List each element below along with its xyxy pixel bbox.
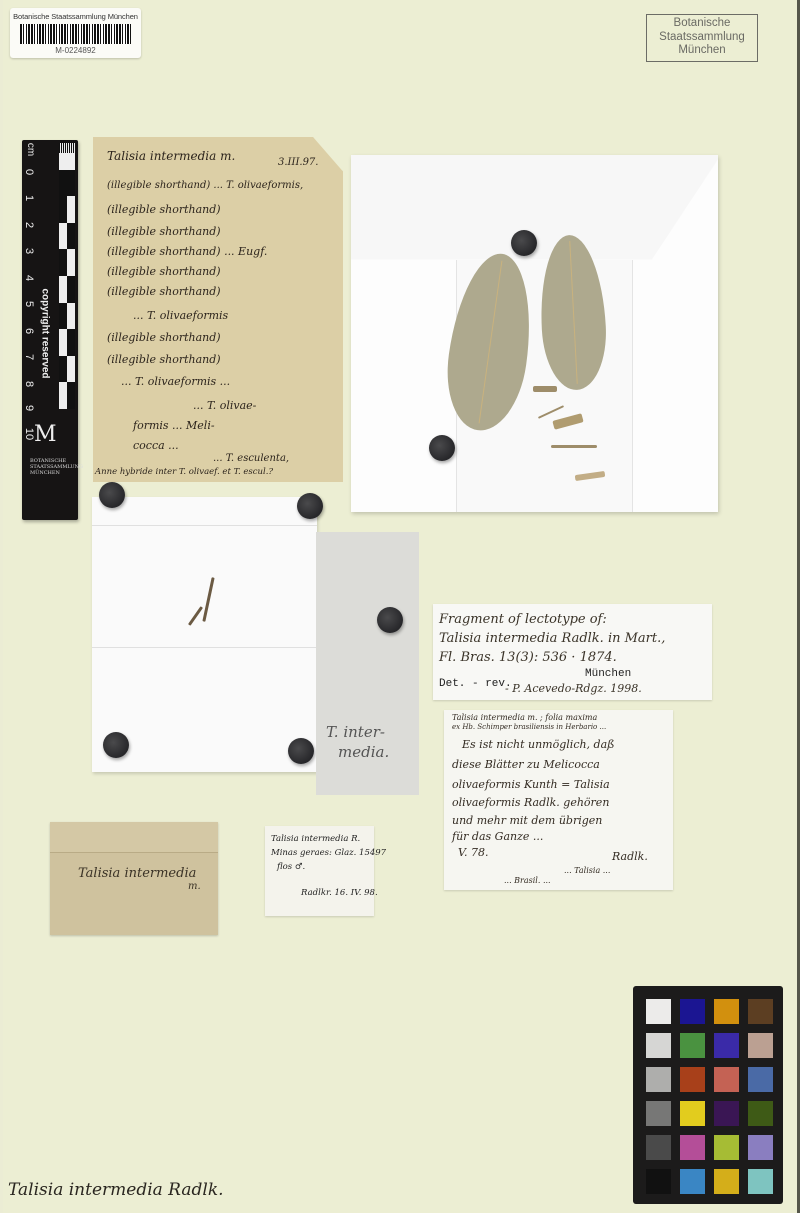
tissue-label: T. inter- media. (316, 532, 419, 795)
note-line: (illegible shorthand) (107, 285, 221, 298)
color-swatch (680, 1033, 705, 1058)
fragment-packet (92, 497, 317, 772)
note-line: cocca ... (133, 439, 179, 452)
ruler-tick: 6 (23, 328, 35, 334)
note-line: Anne hybride inter T. olivaef. et T. esc… (95, 467, 273, 477)
taxon-annotation: Talisia intermedia Radlk. (8, 1180, 224, 1200)
magnet (103, 732, 129, 758)
label-line: flos ♂. (277, 862, 305, 872)
twig-specimen (202, 577, 214, 622)
color-swatch (680, 999, 705, 1024)
color-swatch (748, 1101, 773, 1126)
ruler-tick: 9 (23, 405, 35, 411)
color-swatch (714, 999, 739, 1024)
stamp-line: München (647, 44, 757, 58)
card-line: ... Brasil. ... (504, 876, 551, 885)
magnet (429, 435, 455, 461)
color-swatch (714, 1101, 739, 1126)
ruler-tick: 2 (23, 222, 35, 228)
color-swatch (680, 1067, 705, 1092)
specimen-fragment (533, 386, 557, 392)
ruler-tick: 5 (23, 301, 35, 307)
stamp-line: Botanische (647, 17, 757, 31)
color-swatch (646, 1067, 671, 1092)
kraft-taxon: Talisia intermedia (78, 866, 196, 881)
label-line: Radlkr. 16. IV. 98. (301, 888, 378, 898)
manuscript-note: Talisia intermedia m. 3.III.97. (illegib… (93, 137, 343, 482)
card-line: olivaeformis Radlk. gehören (452, 796, 609, 809)
color-swatch (680, 1169, 705, 1194)
note-line: formis ... Meli- (133, 419, 215, 432)
note-line: (illegible shorthand) ... Eugf. (107, 245, 267, 258)
card-date: V. 78. (458, 846, 489, 859)
note-line: ... T. esculenta, (213, 453, 289, 464)
tissue-text: T. inter- (326, 722, 389, 742)
note-line: (illegible shorthand) ... T. olivaeformi… (107, 180, 303, 191)
label-line: Fl. Bras. 13(3): 536 · 1874. (439, 650, 617, 665)
institution-logo-icon: M (34, 422, 57, 447)
ruler-tick: 7 (23, 354, 35, 360)
ruler-tick: 4 (23, 275, 35, 281)
color-swatch (748, 1135, 773, 1160)
color-swatch (714, 1135, 739, 1160)
kraft-suffix: m. (78, 881, 201, 892)
kraft-text: Talisia intermedia m. (78, 866, 201, 892)
det-city: München (585, 668, 631, 680)
note-line: (illegible shorthand) (107, 331, 221, 344)
color-swatch (680, 1135, 705, 1160)
institution-stamp: Botanische Staatssammlung München (646, 14, 758, 62)
specimen-fragment (551, 445, 597, 448)
ruler-unit: cm (25, 143, 36, 156)
ruler-tick: 1 (23, 195, 35, 201)
ruler-tick: 0 (23, 169, 35, 175)
color-swatch (646, 1135, 671, 1160)
color-swatch (680, 1101, 705, 1126)
color-swatch (748, 999, 773, 1024)
twig-specimen (188, 606, 203, 626)
magnet (297, 493, 323, 519)
note-line: ... T. olivaeformis (133, 309, 228, 322)
color-swatch (714, 1033, 739, 1058)
card-line: olivaeformis Kunth = Talisia (452, 778, 610, 791)
ruler-tick: 8 (23, 381, 35, 387)
barcode-icon (20, 24, 131, 44)
color-swatch (714, 1067, 739, 1092)
note-line: (illegible shorthand) (107, 265, 221, 278)
magnet (99, 482, 125, 508)
magnet (288, 738, 314, 764)
det-rev-label: Det. - rev. (439, 678, 512, 690)
color-swatch (748, 1067, 773, 1092)
card-line: Talisia intermedia m. ; folia maxima (452, 713, 597, 722)
copyright-text: copyright reserved (40, 289, 51, 399)
card-line: für das Ganze ... (452, 830, 543, 843)
scale-ruler: cm 0 1 2 3 4 5 6 7 8 9 10 copyright rese… (22, 140, 78, 520)
tissue-text: media. (326, 742, 389, 762)
color-calibration-chart (633, 986, 783, 1204)
magnet (511, 230, 537, 256)
color-swatch (714, 1169, 739, 1194)
logo-text: BOTANISCHE STAATSSAMMLUNG MÜNCHEN (30, 458, 78, 476)
kraft-flap (50, 822, 218, 853)
color-swatch (646, 1033, 671, 1058)
institution-name: Botanische Staatssammlung München (10, 12, 141, 21)
label-line: Talisia intermedia Radlk. in Mart., (439, 631, 665, 646)
determination-label: Fragment of lectotype of: Talisia interm… (433, 604, 712, 700)
annotation-card: Talisia intermedia m. ; folia maxima ex … (444, 710, 673, 890)
note-line: ... T. olivae- (193, 399, 256, 412)
note-line: Talisia intermedia m. (107, 149, 235, 163)
label-line: Minas geraes: Glaz. 15497 (271, 848, 386, 858)
card-line: ... Talisia ... (564, 866, 610, 875)
card-line: und mehr mit dem übrigen (452, 814, 602, 827)
color-swatch (748, 1033, 773, 1058)
note-line: ... T. olivaeformis ... (121, 375, 230, 388)
card-signature: Radlk. (612, 850, 648, 863)
barcode-label: Botanische Staatssammlung München M-0224… (10, 8, 141, 58)
note-line: (illegible shorthand) (107, 225, 221, 238)
collector-label: Talisia intermedia R. Minas geraes: Glaz… (265, 826, 374, 916)
note-line: (illegible shorthand) (107, 203, 221, 216)
ruler-tick: 3 (23, 248, 35, 254)
color-swatch (646, 999, 671, 1024)
barcode-number: M-0224892 (10, 46, 141, 55)
color-swatch (646, 1101, 671, 1126)
card-line: diese Blätter zu Melicocca (452, 758, 600, 771)
color-swatch (748, 1169, 773, 1194)
card-line: Es ist nicht unmöglich, daß (462, 738, 615, 751)
note-date: 3.III.97. (278, 157, 318, 168)
color-swatch (646, 1169, 671, 1194)
magnet (377, 607, 403, 633)
label-line: Talisia intermedia R. (271, 834, 360, 844)
kraft-envelope: Talisia intermedia m. (50, 822, 218, 935)
card-line: ex Hb. Schimper brasiliensis in Herbario… (452, 723, 606, 731)
ruler-scale (59, 143, 75, 409)
stamp-line: Staatssammlung (647, 31, 757, 45)
note-line: (illegible shorthand) (107, 353, 221, 366)
label-line: Fragment of lectotype of: (439, 612, 607, 627)
determiner: - P. Acevedo-Rdgz. 1998. (505, 682, 642, 695)
specimen-envelope (351, 155, 718, 512)
